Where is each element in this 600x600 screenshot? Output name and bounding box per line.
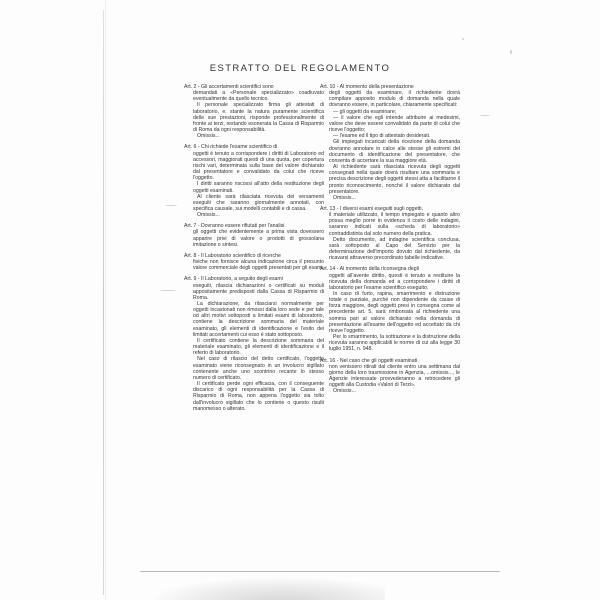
article-paragraph: I diritti saranno riscossi all'atto dell… <box>184 181 324 193</box>
scan-artifact-line <box>140 571 500 572</box>
article-paragraph: oggetti è tenuto a corrispondere i dirit… <box>184 151 324 182</box>
article-paragraph: Al richiedente sarà rilasciata ricevuta … <box>320 164 460 195</box>
article-paragraph: Al cliente sarà rilasciata ricevuta dei … <box>184 194 324 212</box>
scan-speck <box>462 38 464 40</box>
article: Art. 10 - Al momento della presentazione… <box>320 84 460 201</box>
article-paragraph: gli oggetti che evidentemente a prima vi… <box>184 229 324 247</box>
article-paragraph: oggetti all'avente diritto, questi è ten… <box>320 273 460 291</box>
article: Art. 7 - Dovranno essere rifiutati per l… <box>184 223 324 248</box>
omissis-note: Omissis... <box>184 212 324 218</box>
article: Art. 8 - Il Laboratorio scientifico di r… <box>184 253 324 271</box>
omissis-note: Omissis... <box>184 133 324 139</box>
article-paragraph: Gli impiegati incaricati della ricezione… <box>320 139 460 164</box>
document-title: ESTRATTO DEL REGOLAMENTO <box>150 63 450 74</box>
article-paragraph: degli oggetti da esaminare, il richieden… <box>320 90 460 108</box>
article-paragraph: In caso di furto, rapina, smarrimento e … <box>320 291 460 334</box>
article-paragraph: eseguiti, rilascia dichiarazioni o certi… <box>184 283 324 301</box>
article: Art. 6 - Chi richiede l'esame scientific… <box>184 144 324 218</box>
scan-speck <box>480 115 490 116</box>
scan-speck <box>165 205 177 206</box>
article-paragraph: Per lo smarrimento, la sottrazione e la … <box>320 334 460 352</box>
article-paragraph: non venissero ritirati dal cliente entro… <box>320 364 460 389</box>
scan-speck <box>160 290 176 291</box>
article-paragraph: Il certificato perde ogni efficacia, con… <box>184 381 324 412</box>
article-paragraph: — il valore che egli intende attribuire … <box>320 115 460 133</box>
left-column: Art. 2 - Gli accertamenti scientifici so… <box>184 84 324 417</box>
page-edge-shadow <box>105 0 106 600</box>
right-column: Art. 10 - Al momento della presentazione… <box>320 84 460 400</box>
page-edge-shadow <box>103 10 104 595</box>
scanned-page: ESTRATTO DEL REGOLAMENTO Art. 2 - Gli ac… <box>0 0 600 600</box>
article-paragraph: demandati a «Personale specializzato» co… <box>184 90 324 102</box>
article-paragraph: Il certificato contiene la descrizione s… <box>184 338 324 356</box>
article: Art. 14 - Al momento della riconsegna de… <box>320 266 460 352</box>
article: Art. 13 - I diversi esami eseguiti sugli… <box>320 206 460 261</box>
scan-artifact-smudge <box>155 578 385 600</box>
article: Art. 9 - Il Laboratorio, a seguito degli… <box>184 276 324 411</box>
article-paragraph: Nel caso di rilascio del detto certifica… <box>184 356 324 381</box>
article-paragraph: il materiale utilizzato, il tempo impieg… <box>320 212 460 237</box>
article-paragraph: fisiche non fornisce alcuna indicazione … <box>184 259 324 271</box>
article: Art. 16 - Nel caso che gli oggetti esami… <box>320 358 460 395</box>
article-paragraph: Detto documento, ad indagine scientifica… <box>320 237 460 262</box>
scan-speck <box>510 50 512 54</box>
article-paragraph: La dichiarazione, da rilasciarsi normalm… <box>184 301 324 338</box>
omissis-note: Omissis... <box>320 195 460 201</box>
article: Art. 2 - Gli accertamenti scientifici so… <box>184 84 324 139</box>
omissis-note: Omissis... <box>320 388 460 394</box>
article-paragraph: Il personale specializzato firma gli att… <box>184 102 324 133</box>
